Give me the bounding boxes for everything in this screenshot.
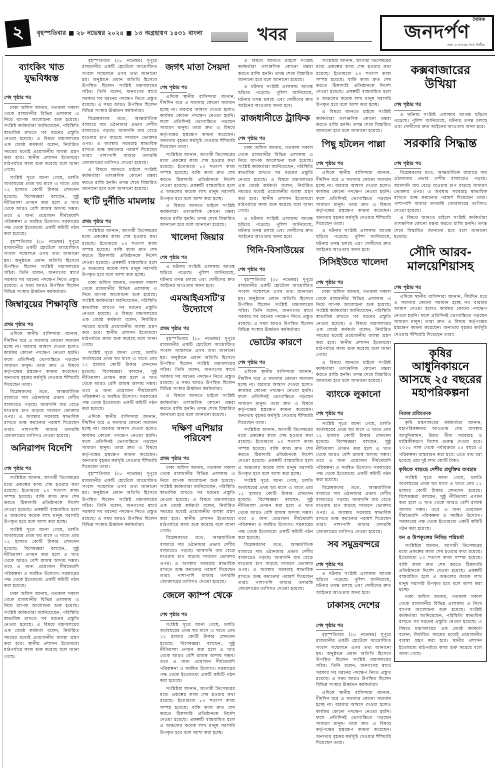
article-headline: অনিরাপদ বিদেশি <box>4 444 79 455</box>
article-byline-row: শেষ পৃষ্ঠার পর <box>394 276 487 295</box>
article-byline-row: শেষ পৃষ্ঠার পর <box>316 152 391 171</box>
article-byline-row: শেষ পৃষ্ঠার পর <box>316 553 391 572</box>
article-byline: শেষ পৃষ্ঠার পর <box>238 269 265 275</box>
article-headline: রাজধানীতে ট্রাফিক <box>238 114 313 125</box>
article-paragraph: ঢাকা অফিস জানায়, গতকাল সকাল থেকে রাজধান… <box>238 146 313 215</box>
article-paragraph: ঢাকা অফিস জানায়, গতকাল সকাল থেকে রাজধান… <box>399 595 482 658</box>
article-headline: ভোটের কারণে <box>238 338 313 349</box>
article-byline-row: শেষ পৃষ্ঠার পর <box>160 246 235 265</box>
article-byline: শেষ পৃষ্ঠার পর <box>238 362 265 368</box>
article-byline-row: শেষ পৃষ্ঠার পর <box>394 152 487 171</box>
article-byline: শেষ পৃষ্ঠার পর <box>238 138 265 144</box>
article-paragraph: এদিকে স্থানীয় বাসিন্দারা জানান, দীর্ঘদি… <box>316 691 391 748</box>
article-byline: শেষ পৃষ্ঠার পর <box>316 625 343 631</box>
article-byline-row: প্রথম পৃষ্ঠার পর <box>160 317 235 336</box>
article-paragraph: সংশ্লিষ্টরা জানান, আগামী ডিসেম্বরের মধ্য… <box>82 229 157 279</box>
article-byline-row: শেষ পৃষ্ঠার পর <box>4 86 79 105</box>
article-paragraph: সংশ্লিষ্টরা জানান, আগামী ডিসেম্বরের মধ্য… <box>4 476 79 526</box>
article-headline: পিছু হটলেন পাল্লা <box>316 140 391 151</box>
article-byline-row: প্রথম পৃষ্ঠার পর <box>4 313 79 332</box>
article-paragraph: এ ঘটনায় সংশ্লিষ্ট এলাকায় আতঙ্ক ছড়িয়ে… <box>238 85 313 110</box>
article-byline: শেষ পৃষ্ঠার পর <box>160 87 187 93</box>
article-paragraph: সংশ্লিষ্ট সূত্রে জানা গেছে, চলতি অর্থবছর… <box>4 528 79 591</box>
article-paragraph: সংশ্লিষ্টরা জানান, আগামী ডিসেম্বরের মধ্য… <box>238 428 313 478</box>
article-headline: সরকারি সিদ্ধান্ত <box>394 136 487 150</box>
article-byline: শেষ পৃষ্ঠার পর <box>394 163 421 169</box>
article-paragraph: ঢাকা অফিস জানায়, গতকাল সকাল থেকে রাজধান… <box>160 466 235 535</box>
article-paragraph: বৃহস্পতিবার (২৮ নভেম্বর) দুপুরে রাজধানীর… <box>316 633 391 690</box>
article-byline: শেষ পৃষ্ঠার পর <box>394 287 421 293</box>
article-byline-row: শেষ পৃষ্ঠার পর <box>316 614 391 633</box>
article-headline: দক্ষিণ এশিয়ার পরিবেশ <box>160 424 235 445</box>
article-byline: প্রথম পৃষ্ঠার পর <box>82 221 111 227</box>
column-1: ব্যাংকিং খাত যুদ্ধবিধ্বস্তশেষ পৃষ্ঠার পর… <box>4 59 79 768</box>
article-paragraph: সংশ্লিষ্টরা জানান, আগামী ডিসেম্বরের মধ্য… <box>160 687 235 737</box>
article-paragraph: এদিকে স্থানীয় বাসিন্দারা জানান, দীর্ঘদি… <box>316 171 391 228</box>
article-byline: শেষ পৃষ্ঠার পর <box>394 104 421 110</box>
article-paragraph: সংশ্লিষ্টরা জানান, আগামী ডিসেম্বরের মধ্য… <box>316 59 391 109</box>
article-paragraph: এ ঘটনায় সংশ্লিষ্ট এলাকায় আতঙ্ক ছড়িয়ে… <box>316 572 391 597</box>
article-byline-row: নিজস্ব প্রতিবেদক <box>399 402 482 421</box>
article-byline-row: শেষ পৃষ্ঠার পর <box>238 258 313 277</box>
article-byline: শেষ পৃষ্ঠার পর <box>316 413 343 419</box>
article-paragraph: সংশ্লিষ্ট সূত্রে জানা গেছে, চলতি অর্থবছর… <box>399 476 482 533</box>
article-paragraph: সংশ্লিষ্টরা জানান, আগামী ডিসেম্বরের মধ্য… <box>399 544 482 594</box>
article-headline: সিসিইউতে খালেদা <box>316 258 391 269</box>
article-byline: প্রথম পৃষ্ঠার পর <box>160 328 189 334</box>
article-paragraph: বিশ্লেষকদের মতে, আন্তর্জাতিক বাজারে দাম … <box>160 536 235 586</box>
article-headline: ব্যাংকিং খাত যুদ্ধবিধ্বস্ত <box>4 63 79 84</box>
article-headline: এমআইএসটি'র উদ্যোগে <box>160 294 235 315</box>
article-paragraph: বিশ্লেষকদের মতে, আন্তর্জাতিক বাজারে দাম … <box>4 390 79 440</box>
article-paragraph: এদিকে স্থানীয় বাসিন্দারা জানান, দীর্ঘদি… <box>394 295 487 339</box>
column-4: এ বিষয়ে জানতে চাইলে সংশ্লিষ্ট কর্মকর্তা… <box>238 59 313 768</box>
article-paragraph: সংশ্লিষ্ট সূত্রে জানা গেছে, চলতি অর্থবছর… <box>160 623 235 686</box>
boxed-article: কৃষির আধুনিকায়নে আসছে ২৫ বছরের মহাপরিকল… <box>394 343 487 662</box>
article-byline: প্রথম পৃষ্ঠার পর <box>160 458 189 464</box>
article-paragraph: কৃষি মন্ত্রণালয়ের কর্মকর্তারা জানান, মহ… <box>399 421 482 465</box>
article-byline-row: শেষ পৃষ্ঠার পর <box>160 76 235 95</box>
article-subhead: বন ও উপকূলের নিবিড় পরিচর্যা <box>399 535 482 543</box>
article-paragraph: এদিকে স্থানীয় বাসিন্দারা জানান, দীর্ঘদি… <box>238 370 313 427</box>
article-byline-row: শেষ পৃষ্ঠার পর <box>160 603 235 622</box>
article-headline: জগৎ মাতা সৈয়দা <box>160 63 235 74</box>
article-paragraph: সংশ্লিষ্ট সূত্রে জানা গেছে, চলতি অর্থবছর… <box>316 422 391 485</box>
column-6: কক্সবাজারের উখিয়াশেষ পৃষ্ঠার পরএ ঘটনায়… <box>394 59 487 768</box>
article-paragraph: এদিকে স্থানীয় বাসিন্দারা জানান, দীর্ঘদি… <box>160 95 235 152</box>
masthead: দৈনিক জনদর্পণ সত্য ও ন্যায়ের পথে নির্ভী… <box>380 15 494 52</box>
article-paragraph: সংশ্লিষ্টরা জানান, আগামী ডিসেম্বরের মধ্য… <box>160 153 235 203</box>
article-headline: ঢাকাসহ দেশের <box>316 601 391 612</box>
article-byline-row: প্রথম পৃষ্ঠার পর <box>82 210 157 229</box>
article-byline: শেষ পৃষ্ঠার পর <box>160 257 187 263</box>
article-paragraph: বৃহস্পতিবার (২৮ নভেম্বর) দুপুরে রাজধানীর… <box>82 59 157 116</box>
banner-bar-right <box>296 32 334 42</box>
article-byline: শেষ পৃষ্ঠার পর <box>4 97 31 103</box>
article-paragraph: বৃহস্পতিবার (২৮ নভেম্বর) দুপুরে রাজধানীর… <box>238 278 313 335</box>
article-paragraph: বৃহস্পতিবার (২৮ নভেম্বর) দুপুরে রাজধানীর… <box>82 472 157 529</box>
article-headline: ব্যাংকে লুকানো <box>316 390 391 401</box>
article-paragraph: ঢাকা অফিস জানায়, গতকাল সকাল থেকে রাজধান… <box>4 592 79 661</box>
article-headline: কৃষির আধুনিকায়নে আসছে ২৫ বছরের মহাপরিকল… <box>399 348 482 400</box>
article-byline: শেষ পৃষ্ঠার পর <box>4 468 31 474</box>
article-paragraph: এদিকে স্থানীয় বাসিন্দারা জানান, দীর্ঘদি… <box>82 415 157 472</box>
column-3: জগৎ মাতা সৈয়দাশেষ পৃষ্ঠার পরএদিকে স্থান… <box>160 59 235 768</box>
article-paragraph: বৃহস্পতিবার (২৮ নভেম্বর) দুপুরে রাজধানীর… <box>4 240 79 297</box>
column-2: বৃহস্পতিবার (২৮ নভেম্বর) দুপুরে রাজধানীর… <box>82 59 157 768</box>
article-paragraph: এ ঘটনায় সংশ্লিষ্ট এলাকায় আতঙ্ক ছড়িয়ে… <box>238 217 313 242</box>
article-byline-row: শেষ পৃষ্ঠার পর <box>316 402 391 421</box>
article-paragraph: এ বিষয়ে জানতে চাইলে সংশ্লিষ্ট কর্মকর্তা… <box>316 110 391 135</box>
article-paragraph: সংশ্লিষ্ট সূত্রে জানা গেছে, চলতি অর্থবছর… <box>82 351 157 414</box>
article-paragraph: বৃহস্পতিবার (২৮ নভেম্বর) দুপুরে রাজধানীর… <box>160 337 235 394</box>
article-headline: খালেদা জিয়ার <box>160 233 235 244</box>
article-paragraph: এ ঘটনায় সংশ্লিষ্ট এলাকায় আতঙ্ক ছড়িয়ে… <box>160 265 235 290</box>
article-byline-row: শেষ পৃষ্ঠার পর <box>316 271 391 290</box>
article-headline: গিনি-বিসাউয়ের <box>238 246 313 257</box>
article-byline-row: শেষ পৃষ্ঠার পর <box>238 127 313 146</box>
section-banner: খবর <box>211 25 372 42</box>
page-number: ২ <box>11 18 25 47</box>
article-paragraph: বিশ্লেষকদের মতে, আন্তর্জাতিক বাজারে দাম … <box>394 171 487 215</box>
newspaper-page: ২ বৃহস্পতিবার ■ ২৮ নভেম্বর ২০২৪ ■ ১৩ অগ্… <box>0 0 500 768</box>
dateline: বৃহস্পতিবার ■ ২৮ নভেম্বর ২০২৪ ■ ১৩ অগ্রহ… <box>37 28 203 39</box>
article-headline: সব সমুদ্রবন্দরে <box>316 540 391 551</box>
article-subhead: কৃষিতে বাড়ছে দেশীয় প্রযুক্তির ব্যবহার <box>399 467 482 475</box>
article-byline-row: শেষ পৃষ্ঠার পর <box>4 457 79 476</box>
article-paragraph: বিশ্লেষকদের মতে, আন্তর্জাতিক বাজারে দাম … <box>238 543 313 593</box>
article-headline: সৌদি আরব-মালয়েশিয়াসহ <box>394 245 487 273</box>
article-paragraph: সংশ্লিষ্ট সূত্রে জানা গেছে, চলতি অর্থবছর… <box>4 176 79 239</box>
masthead-tagline: সত্য ও ন্যায়ের পথে নির্ভীক <box>389 43 485 47</box>
article-byline: প্রথম পৃষ্ঠার পর <box>4 324 33 330</box>
article-paragraph: এ ঘটনায় সংশ্লিষ্ট এলাকায় আতঙ্ক ছড়িয়ে… <box>316 229 391 254</box>
article-byline-row: শেষ পৃষ্ঠার পর <box>238 351 313 370</box>
article-paragraph: এদিকে স্থানীয় বাসিন্দারা জানান, দীর্ঘদি… <box>4 332 79 389</box>
columns: ব্যাংকিং খাত যুদ্ধবিধ্বস্তশেষ পৃষ্ঠার পর… <box>0 56 500 768</box>
article-paragraph: এ বিষয়ে জানতে চাইলে সংশ্লিষ্ট কর্মকর্তা… <box>394 216 487 241</box>
scan-edge-line <box>2 56 3 768</box>
article-paragraph: এ বিষয়ে জানতে চাইলে সংশ্লিষ্ট কর্মকর্তা… <box>82 168 157 193</box>
article-headline: ছ'টি দুর্নীতি মামলায় <box>82 197 157 208</box>
banner-rule-extension <box>334 32 372 42</box>
article-paragraph: সংশ্লিষ্ট সূত্রে জানা গেছে, চলতি অর্থবছর… <box>238 479 313 542</box>
article-paragraph: এ বিষয়ে জানতে চাইলে সংশ্লিষ্ট কর্মকর্তা… <box>238 59 313 84</box>
column-5: সংশ্লিষ্টরা জানান, আগামী ডিসেম্বরের মধ্য… <box>316 59 391 768</box>
article-paragraph: ঢাকা অফিস জানায়, গতকাল সকাল থেকে রাজধান… <box>4 106 79 175</box>
article-byline: নিজস্ব প্রতিবেদক <box>399 413 431 419</box>
article-byline-row: শেষ পৃষ্ঠার পর <box>394 93 487 112</box>
article-paragraph: ঢাকা অফিস জানায়, গতকাল সকাল থেকে রাজধান… <box>316 290 391 359</box>
page-number-box: ২ <box>5 18 32 47</box>
article-byline: শেষ পৃষ্ঠার পর <box>160 614 187 620</box>
page-header: ২ বৃহস্পতিবার ■ ২৮ নভেম্বর ২০২৪ ■ ১৩ অগ্… <box>0 0 500 50</box>
article-headline: জেলে ক্যাম্প থেকে <box>160 591 235 602</box>
article-byline: শেষ পৃষ্ঠার পর <box>316 163 343 169</box>
masthead-title: জনদর্পণ <box>389 23 485 43</box>
article-headline: জিম্বাবুয়ের শিক্ষাবৃত্তি <box>4 300 79 311</box>
article-byline-row: প্রথম পৃষ্ঠার পর <box>160 447 235 466</box>
article-paragraph: এ বিষয়ে জানতে চাইলে সংশ্লিষ্ট কর্মকর্তা… <box>160 394 235 419</box>
article-headline: কক্সবাজারের উখিয়া <box>394 63 487 91</box>
section-title: খবর <box>257 27 287 44</box>
article-paragraph: এ বিষয়ে জানতে চাইলে সংশ্লিষ্ট কর্মকর্তা… <box>316 361 391 386</box>
article-paragraph: বিশ্লেষকদের মতে, আন্তর্জাতিক বাজারে দাম … <box>316 486 391 536</box>
article-paragraph: ঢাকা অফিস জানায়, গতকাল সকাল থেকে রাজধান… <box>82 281 157 350</box>
article-paragraph: এ বিষয়ে জানতে চাইলে সংশ্লিষ্ট কর্মকর্তা… <box>160 204 235 229</box>
article-byline: শেষ পৃষ্ঠার পর <box>316 282 343 288</box>
article-paragraph: এ ঘটনায় সংশ্লিষ্ট এলাকায় আতঙ্ক ছড়িয়ে… <box>394 113 487 132</box>
article-byline: শেষ পৃষ্ঠার পর <box>316 564 343 570</box>
article-paragraph: বিশ্লেষকদের মতে, আন্তর্জাতিক বাজারে দাম … <box>82 117 157 167</box>
banner-bar-left <box>211 32 249 42</box>
